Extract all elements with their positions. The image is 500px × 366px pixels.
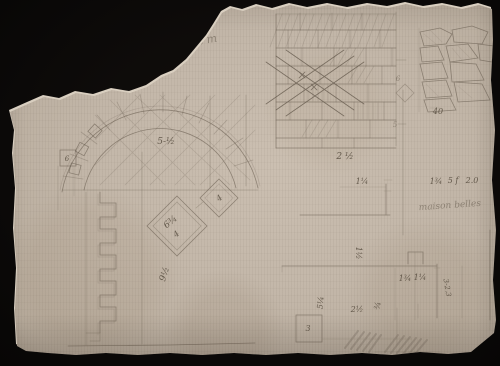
paper-edge-shading bbox=[0, 0, 500, 366]
scan-background: les m 5-½ 6 2 ½ 1¼ 1¾ 5 f 2.0 6 5 40 mai… bbox=[0, 0, 500, 366]
paper-sheet: les m 5-½ 6 2 ½ 1¼ 1¾ 5 f 2.0 6 5 40 mai… bbox=[0, 0, 500, 366]
